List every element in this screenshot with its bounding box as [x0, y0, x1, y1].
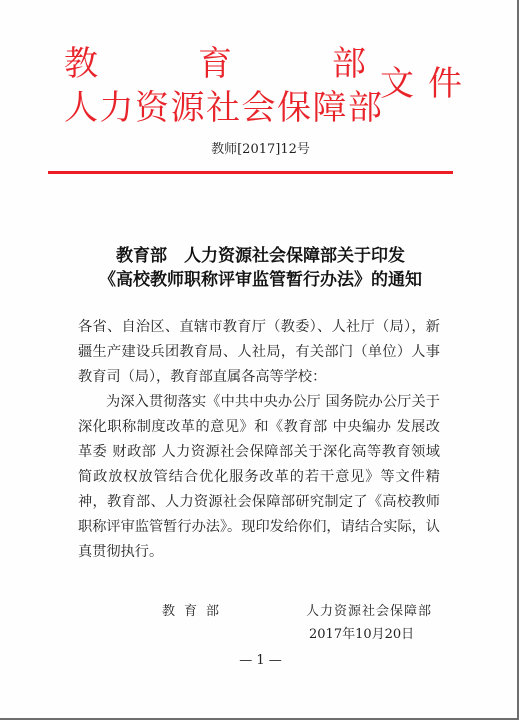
issuer-mohrss: 人力资源社会保障部: [64, 88, 384, 128]
title-line-1: 教育部 人力资源社会保障部关于印发: [0, 244, 521, 268]
header-char: 教: [64, 44, 98, 84]
signature-mohrss: 人力资源社会保障部: [306, 600, 432, 619]
header-char: 部: [332, 44, 366, 84]
issuer-ministry-of-education: 教 育 部: [64, 44, 364, 84]
document-body: 各省、自治区、直辖市教育厅（教委）、人社厅（局），新疆生产建设兵团教育局、人社局…: [78, 315, 440, 565]
addressee: 各省、自治区、直辖市教育厅（教委）、人社厅（局），新疆生产建设兵团教育局、人社局…: [78, 315, 440, 390]
document-title: 教育部 人力资源社会保障部关于印发 《高校教师职称评审监管暂行办法》的通知: [0, 244, 521, 292]
body-paragraph: 为深入贯彻落实《中共中央办公厅 国务院办公厅关于深化职称制度改革的意见》和《教育…: [78, 390, 440, 565]
page-number: — 1 —: [0, 653, 521, 668]
red-divider: [48, 171, 453, 174]
signature-ministry-of-education: 教育部: [162, 600, 228, 619]
issue-date: 2017年10月20日: [309, 623, 414, 642]
document-number: 教师[2017]12号: [0, 138, 521, 157]
document-page: 教 育 部 人力资源社会保障部 文件 教师[2017]12号 教育部 人力资源社…: [0, 0, 519, 720]
header-document-suffix: 文件: [380, 64, 476, 104]
title-line-2: 《高校教师职称评审监管暂行办法》的通知: [0, 268, 521, 292]
header-char: 育: [198, 44, 232, 84]
